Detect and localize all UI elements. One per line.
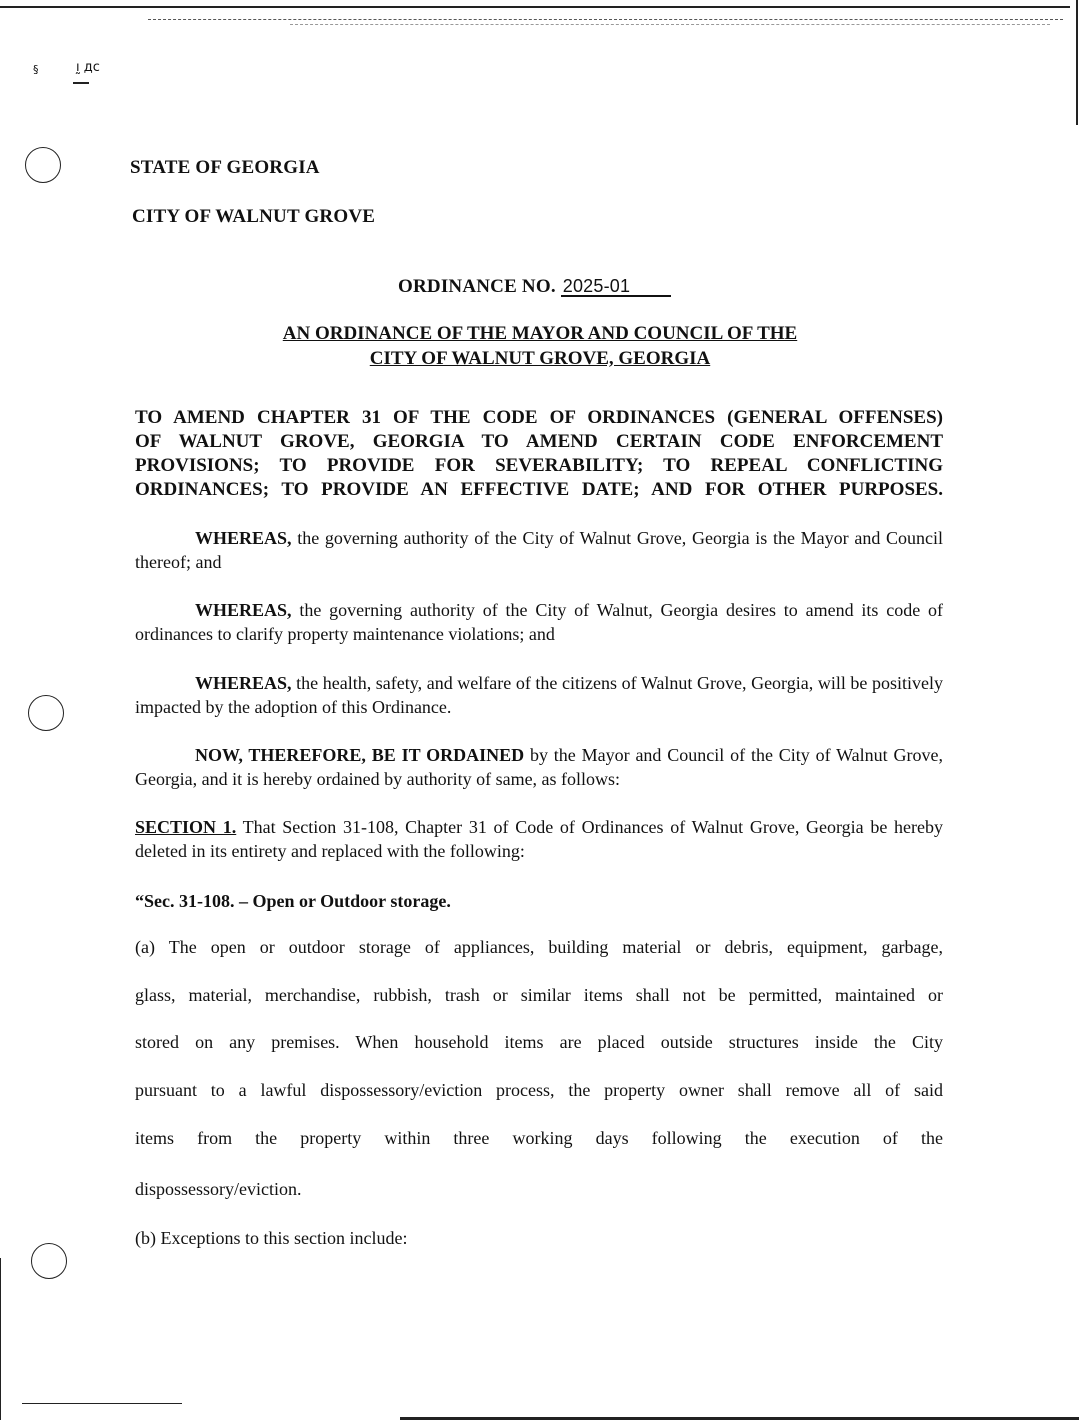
recital-lead: WHEREAS, (195, 528, 292, 548)
recital-paragraph: WHEREAS, the governing authority of the … (135, 598, 943, 646)
subsection-a-line: pursuant to a lawful dispossessory/evict… (135, 1080, 943, 1101)
section-1-label: SECTION 1. (135, 817, 236, 837)
state-heading: STATE OF GEORGIA (130, 157, 320, 179)
recital-paragraph: WHEREAS, the governing authority of the … (135, 526, 943, 574)
initials-underline (73, 82, 89, 84)
ordinance-number-line: ORDINANCE NO. 2025-01 (398, 276, 671, 298)
scan-mark: § (33, 63, 39, 76)
purpose-line: TO AMEND CHAPTER 31 OF THE CODE OF ORDIN… (135, 406, 943, 430)
subsection-a-line: stored on any premises. When household i… (135, 1032, 943, 1053)
ordinance-label: ORDINANCE NO. (398, 276, 556, 297)
subsection-a-line: glass, material, merchandise, rubbish, t… (135, 985, 943, 1006)
purpose-line: OF WALNUT GROVE, GEORGIA TO AMEND CERTAI… (135, 430, 943, 454)
subsection-a-line: (a) The open or outdoor storage of appli… (135, 937, 943, 958)
scan-edge-left-bottom (0, 1258, 1, 1420)
ordained-paragraph: NOW, THEREFORE, BE IT ORDAINED by the Ma… (135, 743, 943, 791)
handwritten-initials: ı̰ дс (76, 60, 100, 75)
purpose-line: ORDINANCES; TO PROVIDE AN EFFECTIVE DATE… (135, 478, 943, 502)
purpose-line: PROVISIONS; TO PROVIDE FOR SEVERABILITY;… (135, 454, 943, 478)
ordained-lead: NOW, THEREFORE, BE IT ORDAINED (195, 745, 524, 765)
subsection-a-line: items from the property within three wor… (135, 1128, 943, 1149)
scan-noise-top-2 (290, 24, 1050, 25)
scan-edge-bottom-left (22, 1403, 182, 1404)
scan-edge-top (0, 6, 1070, 8)
scan-noise-top (148, 19, 1063, 20)
punch-hole-icon (28, 695, 64, 731)
ordinance-number: 2025-01 (561, 277, 671, 297)
subsection-a-line: dispossessory/eviction. (135, 1179, 943, 1200)
punch-hole-icon (31, 1243, 67, 1279)
section-1-text: That Section 31-108, Chapter 31 of Code … (135, 817, 943, 861)
recital-lead: WHEREAS, (195, 673, 292, 693)
initials-text: ı̰ дс (76, 60, 100, 75)
recital-lead: WHEREAS, (195, 600, 292, 620)
recital-paragraph: WHEREAS, the health, safety, and welfare… (135, 671, 943, 719)
section-1-paragraph: SECTION 1. That Section 31-108, Chapter … (135, 815, 943, 863)
ordinance-title-line-2: CITY OF WALNUT GROVE, GEORGIA (240, 348, 840, 370)
ordinance-title-line-1: AN ORDINANCE OF THE MAYOR AND COUNCIL OF… (240, 323, 840, 345)
scan-edge-right (1076, 0, 1078, 125)
city-heading: CITY OF WALNUT GROVE (132, 206, 375, 228)
punch-hole-icon (25, 147, 61, 183)
section-heading: “Sec. 31-108. – Open or Outdoor storage. (135, 889, 943, 913)
subsection-b: (b) Exceptions to this section include: (135, 1226, 943, 1250)
